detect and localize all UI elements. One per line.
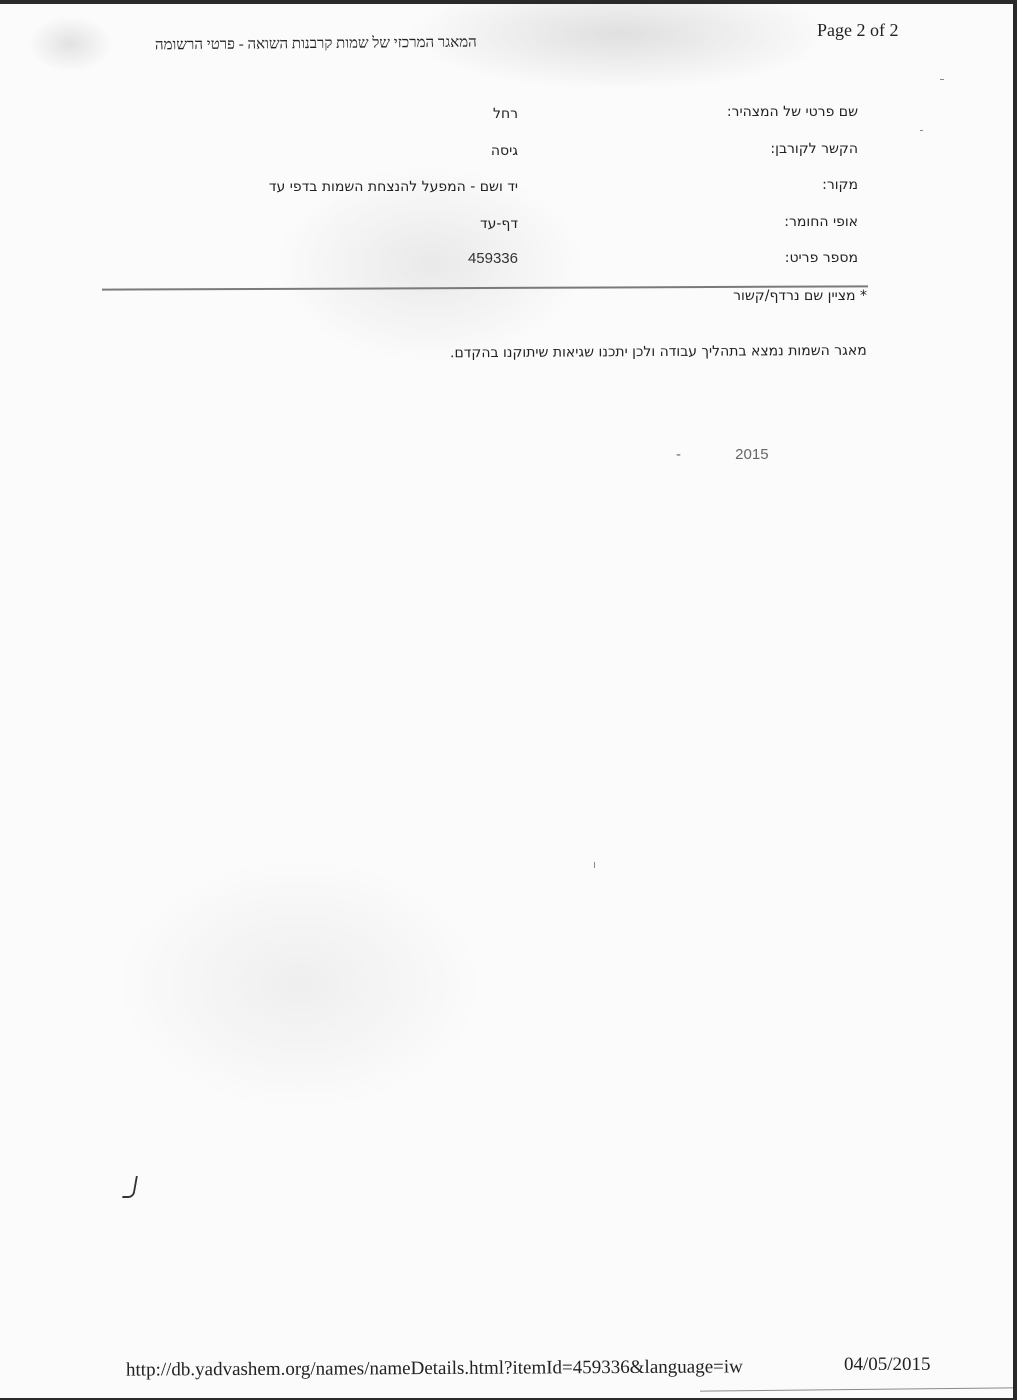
copyright-line: - 2015	[676, 446, 769, 463]
detail-row-relationship: הקשר לקורבן: גיסה	[100, 137, 870, 174]
scan-speck	[594, 862, 595, 868]
detail-row-source: מקור: יד ושם - המפעל להנצחת השמות בדפי ע…	[100, 173, 870, 210]
detail-label: מספר פריט:	[785, 250, 858, 266]
detail-row-material-type: אופי החומר: דף-עד	[100, 210, 870, 247]
detail-value: דף-עד	[480, 216, 518, 232]
footer-url: http://db.yadvashem.org/names/nameDetail…	[126, 1356, 743, 1381]
detail-row-item-number: מספר פריט: 459336	[100, 246, 870, 283]
detail-value: יד ושם - המפעל להנצחת השמות בדפי עד	[269, 179, 518, 195]
detail-label: הקשר לקורבן:	[770, 141, 858, 157]
detail-value: גיסה	[491, 143, 518, 159]
synonym-footnote: * מציין שם נרדף/קשור	[733, 288, 867, 304]
paper-crease	[700, 1387, 1013, 1391]
copyright-dash: -	[676, 446, 681, 463]
detail-value: רחל	[493, 106, 518, 122]
detail-row-declarant-first-name: שם פרטי של המצהיר: רחל	[100, 100, 870, 137]
document-header-title: המאגר המרכזי של שמות קרבנות השואה - פרטי…	[155, 35, 477, 55]
detail-label: שם פרטי של המצהיר:	[727, 104, 858, 120]
detail-label: מקור:	[822, 177, 858, 193]
detail-value: 459336	[468, 250, 518, 267]
record-details-table: שם פרטי של המצהיר: רחל הקשר לקורבן: גיסה…	[100, 100, 870, 283]
copyright-year: 2015	[735, 446, 768, 463]
footer-print-date: 04/05/2015	[844, 1354, 931, 1376]
scan-speck	[940, 79, 944, 80]
page-indicator: Page 2 of 2	[817, 20, 898, 41]
pen-mark	[122, 1176, 138, 1198]
scanned-page: המאגר המרכזי של שמות קרבנות השואה - פרטי…	[0, 4, 1013, 1398]
detail-label: אופי החומר:	[784, 214, 858, 230]
scan-speck	[920, 130, 923, 131]
database-disclaimer: מאגר השמות נמצא בתהליך עבודה ולכן יתכנו …	[450, 343, 867, 362]
